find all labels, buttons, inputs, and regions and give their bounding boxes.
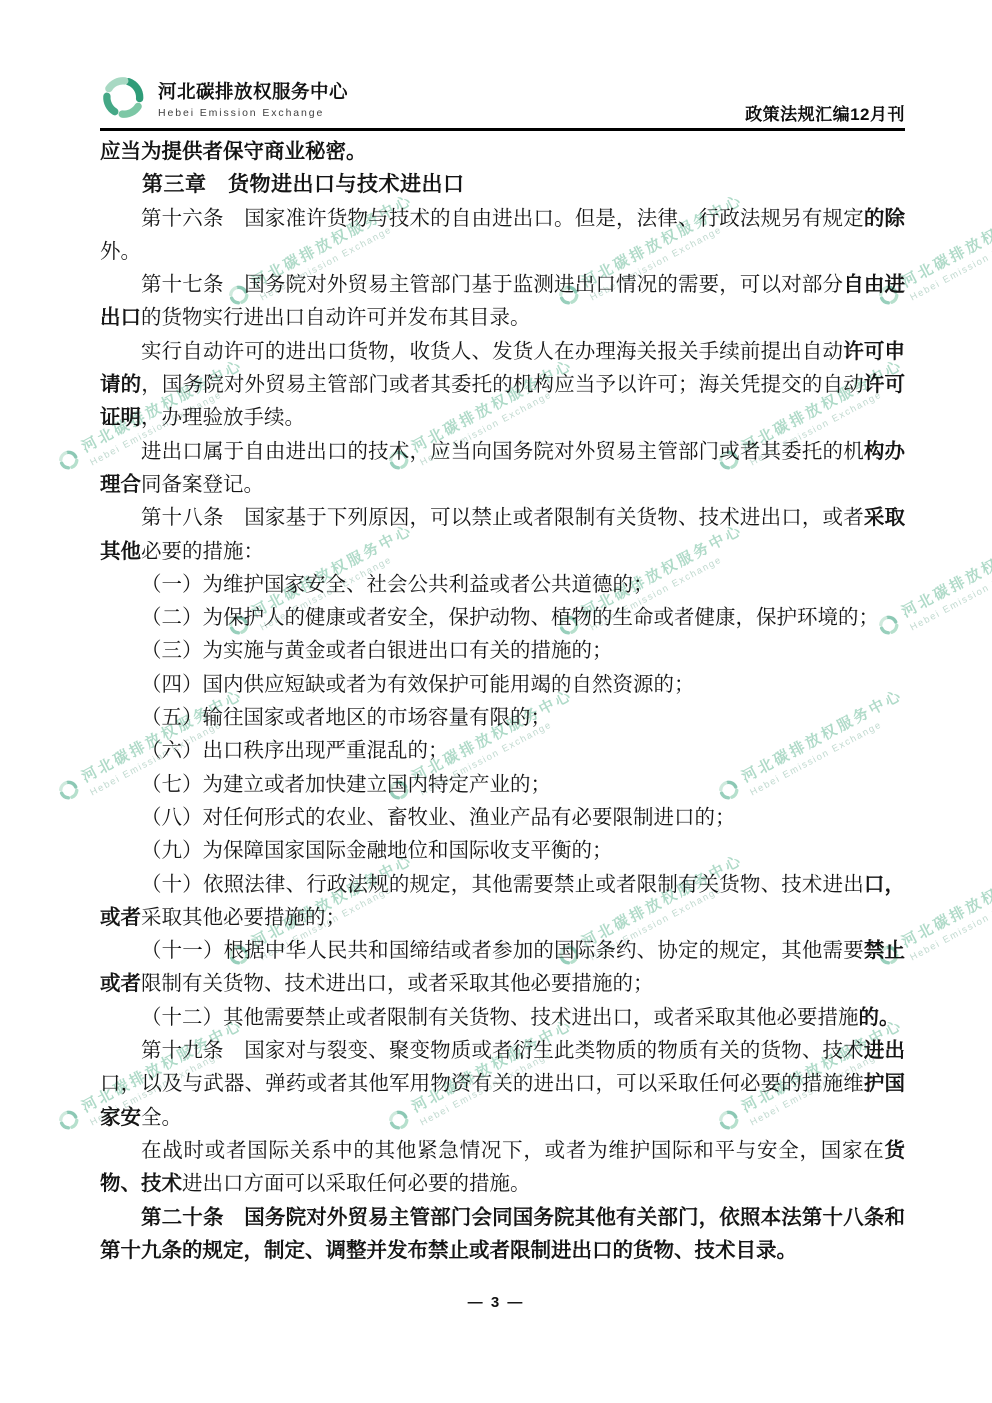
text-segment: 进出口属于自由进出口的技术，应当向国务院对外贸易主管部门或者其委托的机 [141, 440, 864, 463]
text-segment: 口，以及与武器、弹药或者其他军用物资有关的进出口，可以采取任何必要的措施维 [100, 1072, 864, 1095]
text-segment: （九）为保障国家国际金融地位和国际收支平衡的； [141, 839, 613, 862]
emission-exchange-logo-icon [54, 445, 84, 475]
paragraph: （七）为建立或者加快建立国内特定产业的； [100, 768, 905, 801]
text-segment: 外。 [100, 240, 141, 263]
paragraph: 在战时或者国际关系中的其他紧急情况下，或者为维护国际和平与安全，国家在货物、技术… [100, 1134, 905, 1201]
watermark-text-en: Hebei Emission Exchange [908, 869, 992, 963]
text-segment: 应当为提供者保守商业秘密。 [100, 140, 367, 163]
paragraph: （十一）根据中华人民共和国缔结或者参加的国际条约、协定的规定，其他需要禁止或者限… [100, 934, 905, 1001]
text-segment: （十一）根据中华人民共和国缔结或者参加的国际条约、协定的规定，其他需要 [141, 939, 864, 962]
watermark-text-cn: 河北碳排放权服务中心 [898, 189, 992, 292]
paragraph: （五）输往国家或者地区的市场容量有限的； [100, 701, 905, 734]
paragraph: （八）对任何形式的农业、畜牧业、渔业产品有必要限制进口的； [100, 801, 905, 834]
text-segment: 第十六条 国家准许货物与技术的自由进出口。但是，法律、行政法规另有规定 [141, 207, 864, 230]
document-page: 河北碳排放权服务中心 Hebei Emission Exchange 河北碳排放… [0, 0, 992, 1403]
issue-title: 政策法规汇编12月刊 [745, 100, 905, 126]
watermark-logo-icon [54, 1105, 86, 1139]
text-segment: （一）为维护国家安全、社会公共利益或者公共道德的； [141, 573, 654, 596]
text-segment: 的除 [864, 207, 905, 230]
paragraph: 第十八条 国家基于下列原因，可以禁止或者限制有关货物、技术进出口，或者采取其他必… [100, 501, 905, 568]
text-segment: 限制有关货物、技术进出口，或者采取其他必要措施的； [141, 972, 654, 995]
brand-name-cn: 河北碳排放权服务中心 [158, 81, 348, 103]
brand-block: 河北碳排放权服务中心 Hebei Emission Exchange [100, 74, 348, 126]
text-segment: 必要的措施： [141, 540, 264, 563]
document-body: 应当为提供者保守商业秘密。第三章 货物进出口与技术进出口第十六条 国家准许货物与… [100, 135, 905, 1267]
text-segment: 第二十条 国务院对外贸易主管部门会同国务院其他有关部门，依照本法第十八条和第十九… [100, 1206, 905, 1262]
paragraph: 第十六条 国家准许货物与技术的自由进出口。但是，法律、行政法规另有规定的除外。 [100, 202, 905, 269]
watermark-text-cn: 河北碳排放权服务中心 [898, 519, 992, 622]
text-segment: 的货物实行进出口自动许可并发布其目录。 [141, 306, 531, 329]
text-segment: 全。 [141, 1106, 182, 1129]
emission-exchange-logo-icon [54, 775, 84, 805]
text-segment: 第十九条 国家对与裂变、聚变物质或者衍生此类物质的物质有关的货物、技术 [141, 1039, 864, 1062]
chapter-heading: 第三章 货物进出口与技术进出口 [100, 168, 905, 201]
paragraph: 应当为提供者保守商业秘密。 [100, 135, 905, 168]
paragraph: 实行自动许可的进出口货物，收货人、发货人在办理海关报关手续前提出自动许可申请的，… [100, 335, 905, 435]
paragraph: （九）为保障国家国际金融地位和国际收支平衡的； [100, 834, 905, 867]
watermark-logo-icon [54, 775, 86, 809]
text-segment: 第十八条 国家基于下列原因，可以禁止或者限制有关货物、技术进出口，或者 [141, 506, 864, 529]
text-segment: 采取其他必要措施的； [141, 906, 346, 929]
text-segment: 实行自动许可的进出口货物，收货人、发货人在办理海关报关手续前提出自动 [141, 340, 843, 363]
text-segment: （六）出口秩序出现严重混乱的； [141, 739, 449, 762]
text-segment: ，国务院对外贸易主管部门或者其委托的机构应当予以许可；海关凭提交的自动 [141, 373, 864, 396]
paragraph: （十）依照法律、行政法规的规定，其他需要禁止或者限制有关货物、技术进出口，或者采… [100, 868, 905, 935]
text-segment: （十二）其他需要禁止或者限制有关货物、技术进出口，或者采取其他必要措施 [141, 1006, 859, 1029]
watermark-text-en: Hebei Emission Exchange [908, 209, 992, 303]
watermark-text-en: Hebei Emission Exchange [908, 539, 992, 633]
brand-name-en: Hebei Emission Exchange [158, 107, 348, 119]
page-number: — 3 — [0, 1294, 992, 1311]
text-segment: 同备案登记。 [141, 473, 264, 496]
paragraph: 第十七条 国务院对外贸易主管部门基于监测进出口情况的需要，可以对部分自由进出口的… [100, 268, 905, 335]
text-segment: 在战时或者国际关系中的其他紧急情况下，或者为维护国际和平与安全，国家在 [141, 1139, 885, 1162]
text-segment: （五）输往国家或者地区的市场容量有限的； [141, 706, 551, 729]
text-segment: （十）依照法律、行政法规的规定，其他需要禁止或者限制有关货物、技术进出 [141, 873, 864, 896]
brand-logo [100, 74, 147, 126]
text-segment: 进出口方面可以采取任何必要的措施。 [182, 1172, 531, 1195]
text-segment: 进出 [864, 1039, 905, 1062]
emission-exchange-logo-icon [54, 1105, 84, 1135]
paragraph: （二）为保护人的健康或者安全，保护动物、植物的生命或者健康，保护环境的； [100, 601, 905, 634]
text-segment: （二）为保护人的健康或者安全，保护动物、植物的生命或者健康，保护环境的； [141, 606, 879, 629]
paragraph: 第十九条 国家对与裂变、聚变物质或者衍生此类物质的物质有关的货物、技术进出口，以… [100, 1034, 905, 1134]
text-segment: （八）对任何形式的农业、畜牧业、渔业产品有必要限制进口的； [141, 806, 736, 829]
watermark-logo-icon [54, 445, 86, 479]
text-segment: （三）为实施与黄金或者白银进出口有关的措施的； [141, 639, 613, 662]
text-segment: 第十七条 国务院对外贸易主管部门基于监测进出口情况的需要，可以对部分 [141, 273, 843, 296]
brand-texts: 河北碳排放权服务中心 Hebei Emission Exchange [158, 81, 348, 118]
text-segment: （七）为建立或者加快建立国内特定产业的； [141, 773, 551, 796]
paragraph: （十二）其他需要禁止或者限制有关货物、技术进出口，或者采取其他必要措施的。 [100, 1001, 905, 1034]
paragraph: （六）出口秩序出现严重混乱的； [100, 734, 905, 767]
emission-exchange-logo-icon [100, 74, 147, 121]
text-segment: 第三章 货物进出口与技术进出口 [142, 173, 465, 196]
paragraph: （一）为维护国家安全、社会公共利益或者公共道德的； [100, 568, 905, 601]
watermark-text-cn: 河北碳排放权服务中心 [898, 849, 992, 952]
text-segment: 的。 [859, 1006, 900, 1029]
paragraph: （四）国内供应短缺或者为有效保护可能用竭的自然资源的； [100, 668, 905, 701]
text-segment: ，办理验放手续。 [141, 406, 305, 429]
header-rule [100, 128, 905, 131]
page-header: 河北碳排放权服务中心 Hebei Emission Exchange 政策法规汇… [100, 74, 905, 126]
paragraph: 进出口属于自由进出口的技术，应当向国务院对外贸易主管部门或者其委托的机构办理合同… [100, 435, 905, 502]
paragraph: 第二十条 国务院对外贸易主管部门会同国务院其他有关部门，依照本法第十八条和第十九… [100, 1201, 905, 1268]
text-segment: （四）国内供应短缺或者为有效保护可能用竭的自然资源的； [141, 673, 695, 696]
paragraph: （三）为实施与黄金或者白银进出口有关的措施的； [100, 634, 905, 667]
